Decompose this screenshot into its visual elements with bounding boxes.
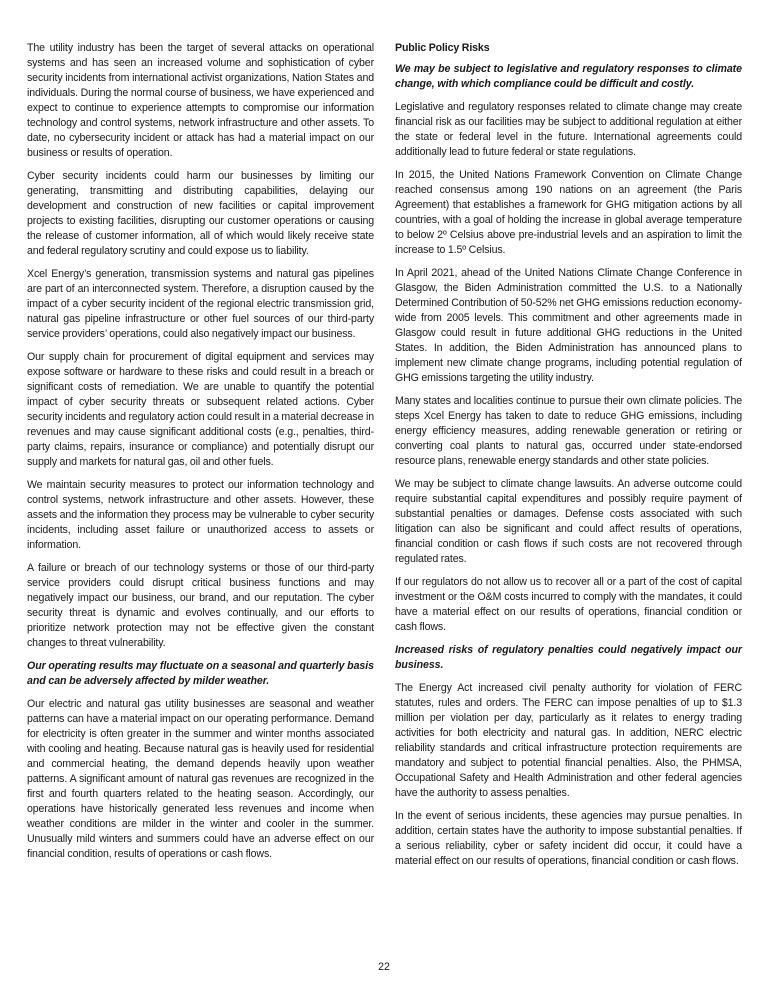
paragraph-glasgow-commitment: In April 2021, ahead of the United Natio… — [395, 266, 742, 386]
paragraph-paris-agreement: In 2015, the United Nations Framework Co… — [395, 168, 742, 258]
paragraph-security-measures: We maintain security measures to protect… — [27, 478, 374, 553]
right-column: Public Policy Risks We may be subject to… — [395, 41, 742, 877]
paragraph-cost-recovery: If our regulators do not allow us to rec… — [395, 575, 742, 635]
paragraph-cyber-harm: Cyber security incidents could harm our … — [27, 169, 374, 259]
paragraph-supply-chain: Our supply chain for procurement of digi… — [27, 350, 374, 470]
paragraph-serious-incidents: In the event of serious incidents, these… — [395, 809, 742, 869]
paragraph-seasonal-weather: Our electric and natural gas utility bus… — [27, 697, 374, 862]
left-column: The utility industry has been the target… — [27, 41, 374, 877]
penalties-risk-heading: Increased risks of regulatory penalties … — [395, 643, 742, 673]
paragraph-interconnected-system: Xcel Energy’s generation, transmission s… — [27, 267, 374, 342]
paragraph-state-climate-policies: Many states and localities continue to p… — [395, 394, 742, 469]
paragraph-energy-act-penalties: The Energy Act increased civil penalty a… — [395, 681, 742, 801]
page-number: 22 — [0, 960, 768, 974]
paragraph-cyber-attacks: The utility industry has been the target… — [27, 41, 374, 161]
document-page: The utility industry has been the target… — [27, 41, 742, 877]
paragraph-climate-lawsuits: We may be subject to climate change laws… — [395, 477, 742, 567]
seasonal-risk-heading: Our operating results may fluctuate on a… — [27, 659, 374, 689]
paragraph-technology-failure: A failure or breach of our technology sy… — [27, 561, 374, 651]
section-title-public-policy-risks: Public Policy Risks — [395, 41, 742, 56]
paragraph-legislative-responses: Legislative and regulatory responses rel… — [395, 100, 742, 160]
climate-risk-heading: We may be subject to legislative and reg… — [395, 62, 742, 92]
